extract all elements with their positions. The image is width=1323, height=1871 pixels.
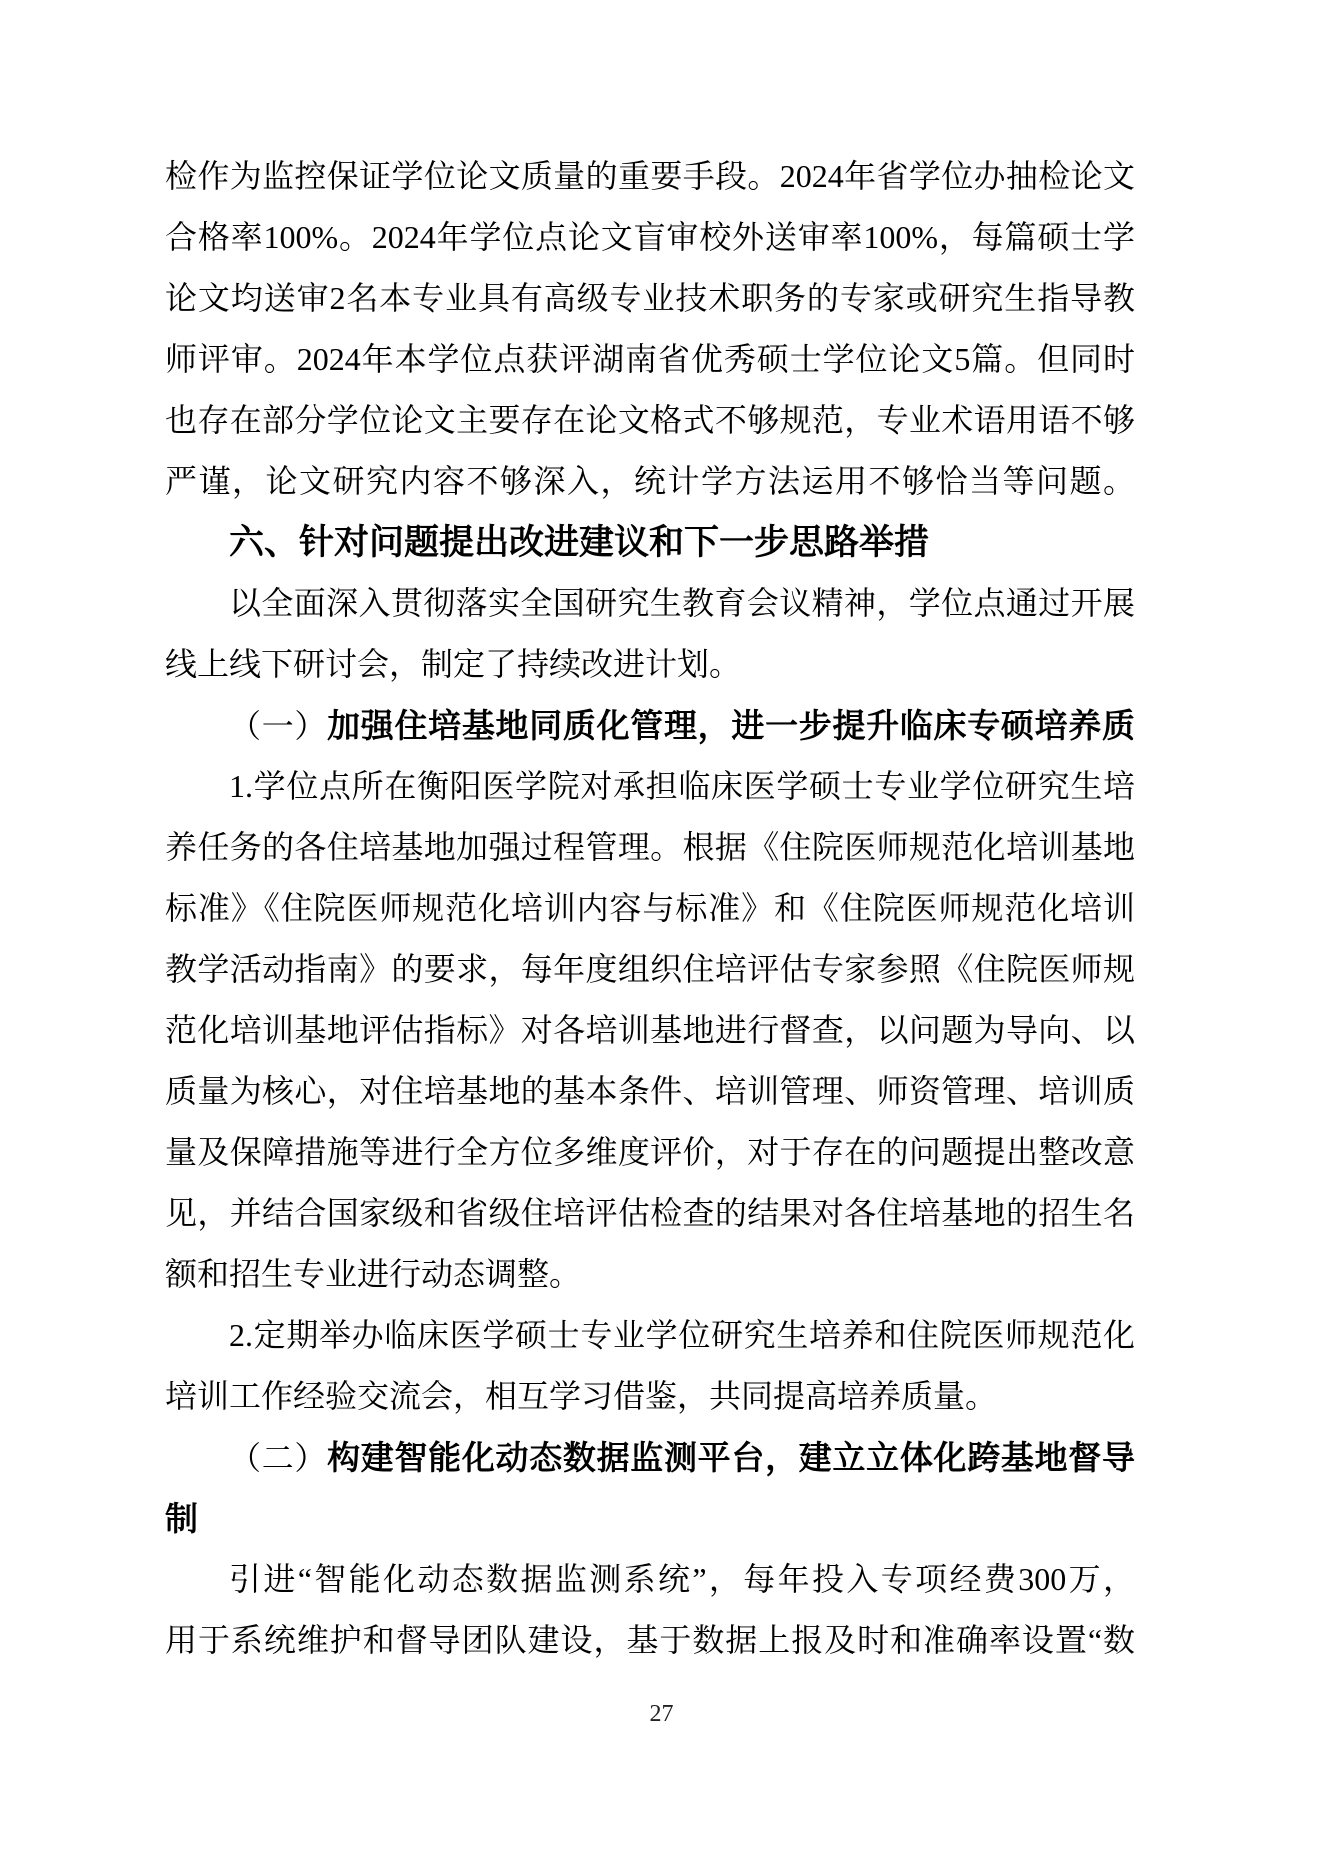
text-line: 量及保障措施等进行全方位多维度评价，对于存在的问题提出整改意 bbox=[165, 1122, 1135, 1183]
text-line: 用于系统维护和督导团队建设，基于数据上报及时和准确率设置“数 bbox=[165, 1610, 1135, 1671]
text-line: 2.定期举办临床医学硕士专业学位研究生培养和住院医师规范化 bbox=[165, 1305, 1135, 1366]
text-line: 六、针对问题提出改进建议和下一步思路举措 bbox=[165, 512, 1135, 573]
text-line: 养任务的各住培基地加强过程管理。根据《住院医师规范化培训基地 bbox=[165, 817, 1135, 878]
paragraph: 以全面深入贯彻落实全国研究生教育会议精神，学位点通过开展线上线下研讨会，制定了持… bbox=[165, 573, 1135, 695]
text-line: 也存在部分学位论文主要存在论文格式不够规范，专业术语用语不够 bbox=[165, 390, 1135, 451]
paragraph: 2.定期举办临床医学硕士专业学位研究生培养和住院医师规范化培训工作经验交流会，相… bbox=[165, 1305, 1135, 1427]
heading-number: （二） bbox=[229, 1440, 327, 1476]
text-line: 教学活动指南》的要求，每年度组织住培评估专家参照《住院医师规 bbox=[165, 939, 1135, 1000]
text-line: 线上线下研讨会，制定了持续改进计划。 bbox=[165, 634, 1135, 695]
section-heading: 六、针对问题提出改进建议和下一步思路举措 bbox=[165, 512, 1135, 573]
document-body: 检作为监控保证学位论文质量的重要手段。2024年省学位办抽检论文合格率100%。… bbox=[165, 146, 1135, 1671]
text-line: （一）加强住培基地同质化管理，进一步提升临床专硕培养质量 bbox=[165, 695, 1135, 756]
document-page: 检作为监控保证学位论文质量的重要手段。2024年省学位办抽检论文合格率100%。… bbox=[0, 0, 1323, 1871]
section-heading: （二）构建智能化动态数据监测平台，建立立体化跨基地督导机制 bbox=[165, 1427, 1135, 1549]
text-line: 范化培训基地评估指标》对各培训基地进行督查，以问题为导向、以 bbox=[165, 1000, 1135, 1061]
text-line: 师评审。2024年本学位点获评湖南省优秀硕士学位论文5篇。但同时 bbox=[165, 329, 1135, 390]
paragraph: 引进“智能化动态数据监测系统”，每年投入专项经费300万，用于系统维护和督导团队… bbox=[165, 1549, 1135, 1671]
text-line: 制 bbox=[165, 1488, 1135, 1549]
text-line: 以全面深入贯彻落实全国研究生教育会议精神，学位点通过开展 bbox=[165, 573, 1135, 634]
text-line: 合格率100%。2024年学位点论文盲审校外送审率100%，每篇硕士学位 bbox=[165, 207, 1135, 268]
text-line: 见，并结合国家级和省级住培评估检查的结果对各住培基地的招生名 bbox=[165, 1183, 1135, 1244]
paragraph: 1.学位点所在衡阳医学院对承担临床医学硕士专业学位研究生培养任务的各住培基地加强… bbox=[165, 756, 1135, 1305]
paragraph: 检作为监控保证学位论文质量的重要手段。2024年省学位办抽检论文合格率100%。… bbox=[165, 146, 1135, 512]
text-line: 额和招生专业进行动态调整。 bbox=[165, 1244, 1135, 1305]
text-line: 引进“智能化动态数据监测系统”，每年投入专项经费300万， bbox=[165, 1549, 1135, 1610]
text-line: 论文均送审2名本专业具有高级专业技术职务的专家或研究生指导教 bbox=[165, 268, 1135, 329]
text-line: （二）构建智能化动态数据监测平台，建立立体化跨基地督导机 bbox=[165, 1427, 1135, 1488]
text-line: 严谨，论文研究内容不够深入，统计学方法运用不够恰当等问题。 bbox=[165, 451, 1135, 512]
text-line: 培训工作经验交流会，相互学习借鉴，共同提高培养质量。 bbox=[165, 1366, 1135, 1427]
section-heading: （一）加强住培基地同质化管理，进一步提升临床专硕培养质量 bbox=[165, 695, 1135, 756]
page-number: 27 bbox=[0, 1698, 1323, 1730]
text-line: 质量为核心，对住培基地的基本条件、培训管理、师资管理、培训质 bbox=[165, 1061, 1135, 1122]
text-line: 1.学位点所在衡阳医学院对承担临床医学硕士专业学位研究生培 bbox=[165, 756, 1135, 817]
text-line: 检作为监控保证学位论文质量的重要手段。2024年省学位办抽检论文 bbox=[165, 146, 1135, 207]
heading-number: （一） bbox=[229, 708, 327, 744]
text-line: 标准》《住院医师规范化培训内容与标准》和《住院医师规范化培训 bbox=[165, 878, 1135, 939]
